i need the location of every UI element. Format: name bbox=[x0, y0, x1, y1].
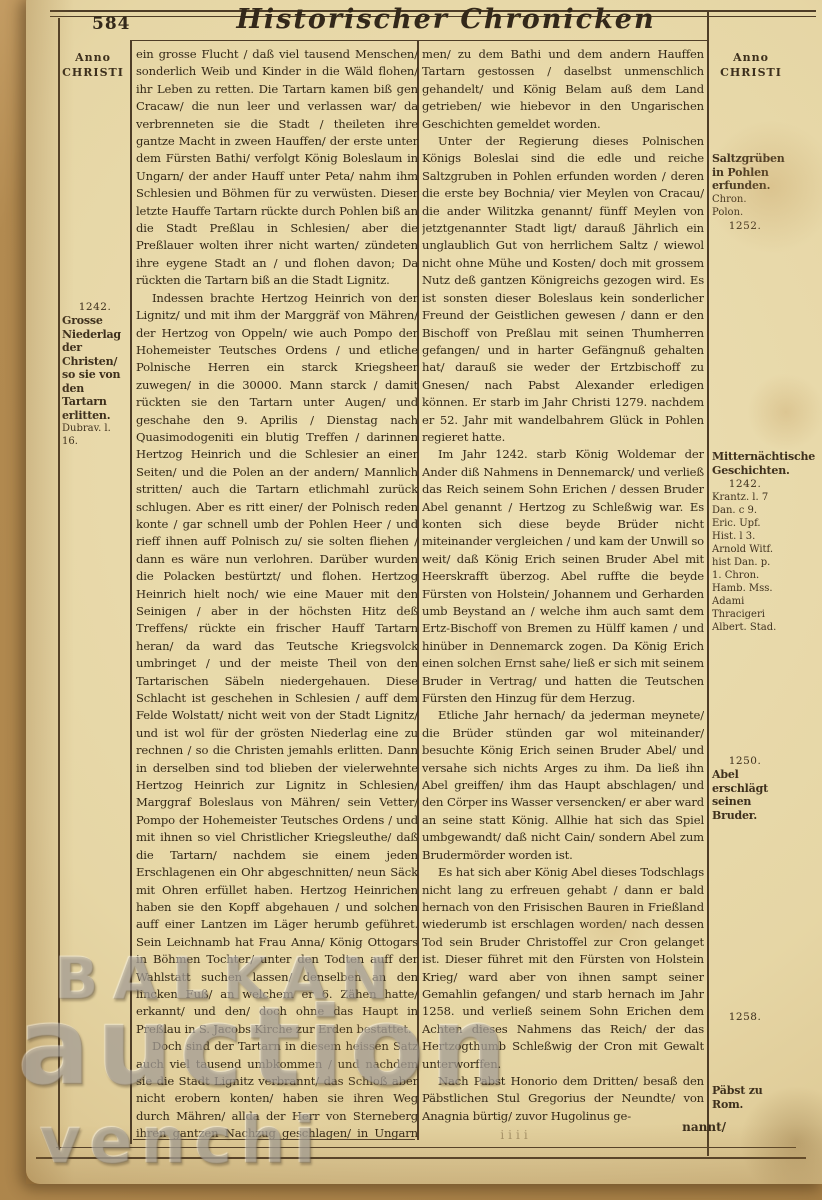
margin-note-northern-histories: Mitternächtische Geschichten. 1242. Kran… bbox=[712, 450, 778, 634]
margin-note-text: Mitternächtische Geschichten. bbox=[712, 450, 778, 477]
margin-note-year: 1242. bbox=[712, 477, 778, 491]
scanned-page-photo: 584 Historischer Chronicken Anno CHRISTI… bbox=[0, 0, 822, 1200]
page-title: Historischer Chronicken bbox=[186, 4, 706, 35]
margin-note-1258: 1258. bbox=[712, 1010, 778, 1024]
margin-note-abel-murder: 1250. Abel erschlägt seinen Bruder. bbox=[712, 754, 778, 822]
right-anno-christi-label: Anno CHRISTI bbox=[716, 50, 786, 80]
text-column-right: men/ zu dem Bathi und dem andern Hauffen… bbox=[422, 46, 704, 1148]
text-column-left: ein grosse Flucht / daß viel tausend Men… bbox=[136, 46, 418, 1148]
left-column-divider bbox=[130, 40, 132, 1144]
catchword: nannt/ bbox=[566, 1120, 726, 1134]
margin-note-source: Chron. Polon. bbox=[712, 193, 778, 219]
page-number: 584 bbox=[92, 14, 152, 34]
margin-note-year: 1252. bbox=[712, 219, 778, 233]
paragraph: Indessen brachte Hertzog Heinrich von de… bbox=[136, 290, 418, 1038]
margin-note-text: Saltzgrüben in Pohlen erfunden. bbox=[712, 152, 778, 193]
book-page: 584 Historischer Chronicken Anno CHRISTI… bbox=[26, 0, 822, 1184]
margin-note-year: 1258. bbox=[712, 1010, 778, 1024]
paragraph: Nach Pabst Honorio dem Dritten/ besaß de… bbox=[422, 1073, 704, 1125]
margin-note-tartar-defeat: 1242. Grosse Niederlag der Christen/ so … bbox=[62, 300, 128, 448]
bottom-rule-outer bbox=[36, 1157, 806, 1159]
left-frame-line bbox=[58, 18, 60, 1150]
margin-note-text: Abel erschlägt seinen Bruder. bbox=[712, 768, 778, 822]
paragraph: Es hat sich aber König Abel dieses Todsc… bbox=[422, 864, 704, 1073]
header-underline bbox=[130, 40, 708, 41]
left-anno-christi-label: Anno CHRISTI bbox=[58, 50, 128, 80]
margin-note-source: Dubrav. l. 16. bbox=[62, 422, 128, 448]
paragraph: Etliche Jahr hernach/ da jederman meynet… bbox=[422, 707, 704, 864]
margin-note-pope: Päbst zu Rom. bbox=[712, 1084, 778, 1111]
paragraph: Unter der Regierung dieses Polnischen Kö… bbox=[422, 133, 704, 446]
margin-note-source: Krantz. l. 7 Dan. c 9. Eric. Upf. Hist. … bbox=[712, 491, 778, 634]
margin-note-year: 1250. bbox=[712, 754, 778, 768]
margin-note-salt-mines: Saltzgrüben in Pohlen erfunden. Chron. P… bbox=[712, 152, 778, 233]
margin-note-text: Päbst zu Rom. bbox=[712, 1084, 778, 1111]
right-column-divider bbox=[707, 10, 709, 1156]
paragraph: Im Jahr 1242. starb König Woldemar der A… bbox=[422, 446, 704, 707]
margin-note-year: 1242. bbox=[62, 300, 128, 314]
paragraph: men/ zu dem Bathi und dem andern Hauffen… bbox=[422, 46, 704, 133]
paragraph: Doch sind der Tartarn in diesem heissen … bbox=[136, 1038, 418, 1148]
paragraph: ein grosse Flucht / daß viel tausend Men… bbox=[136, 46, 418, 290]
signature-mark: iiii bbox=[456, 1128, 576, 1142]
margin-note-text: Grosse Niederlag der Christen/ so sie vo… bbox=[62, 314, 128, 422]
